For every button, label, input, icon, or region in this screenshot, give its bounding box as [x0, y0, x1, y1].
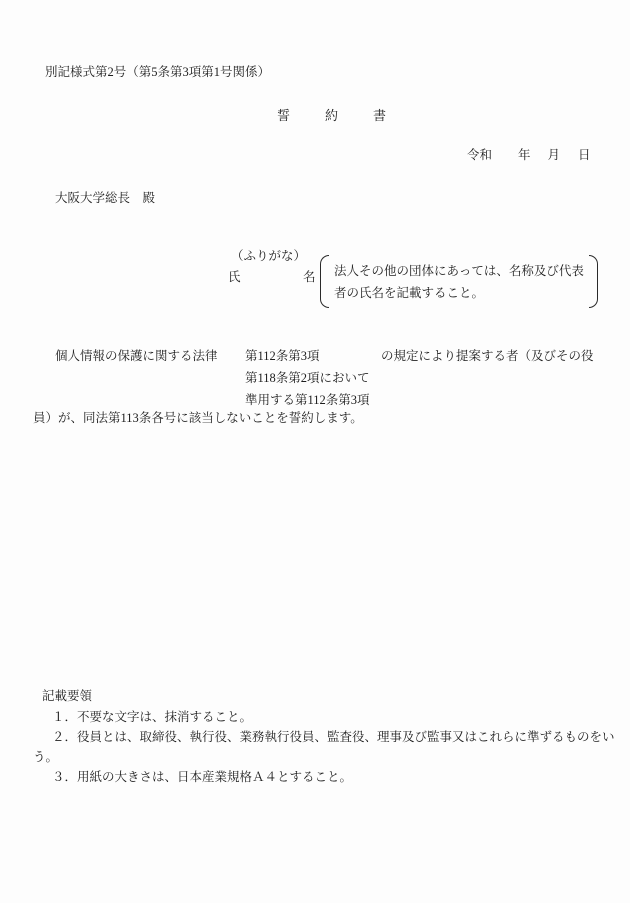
- body-line3-article: 準用する第112条第3項: [245, 390, 370, 408]
- note-item-3: ３．用紙の大きさは、日本産業規格Ａ４とすること。: [52, 767, 352, 785]
- note-item-2-line1: ２．役員とは、取締役、執行役、業務執行役員、監査役、理事及び監事又はこれらに準ず…: [52, 727, 615, 745]
- body-line1-article: 第112条第3項: [245, 346, 320, 364]
- furigana-label: （ふりがな）: [231, 246, 306, 264]
- form-number-label: 別記様式第2号（第5条第3項第1号関係）: [45, 62, 270, 80]
- name-note-bracket: 法人その他の団体にあっては、名称及び代表 者の氏名を記載すること。: [320, 255, 598, 308]
- document-title: 誓 約 書: [277, 105, 397, 124]
- pledge-form-page: 別記様式第2号（第5条第3項第1号関係） 誓 約 書 令和 年 月 日 大阪大学…: [0, 0, 630, 903]
- date-month-label: 月: [548, 145, 561, 163]
- body-line2-article: 第118条第2項において: [245, 368, 370, 386]
- left-bracket-shape: [320, 255, 329, 308]
- date-line: 令和 年 月 日: [467, 145, 591, 163]
- note-item-2-line2: う。: [33, 747, 58, 765]
- name-note-line2: 者の氏名を記載すること。: [334, 282, 584, 304]
- name-note-text: 法人その他の団体にあっては、名称及び代表 者の氏名を記載すること。: [334, 255, 584, 308]
- date-day-label: 日: [578, 145, 591, 163]
- name-note-line1: 法人その他の団体にあっては、名称及び代表: [334, 260, 584, 282]
- date-era-label: 令和: [467, 145, 492, 163]
- addressee-label: 大阪大学総長 殿: [55, 188, 155, 206]
- family-name-label: 氏: [228, 267, 241, 285]
- body-line1-left: 個人情報の保護に関する法律: [55, 346, 218, 364]
- body-line1-right: の規定により提案する者（及びその役: [381, 346, 594, 364]
- note-item-1: １．不要な文字は、抹消すること。: [52, 707, 252, 725]
- right-bracket-shape: [589, 255, 598, 308]
- date-year-label: 年: [518, 145, 531, 163]
- given-name-label: 名: [303, 267, 316, 285]
- notes-heading: 記載要領: [42, 686, 92, 704]
- body-line4: 員）が、同法第113条各号に該当しないことを誓約します。: [33, 408, 363, 426]
